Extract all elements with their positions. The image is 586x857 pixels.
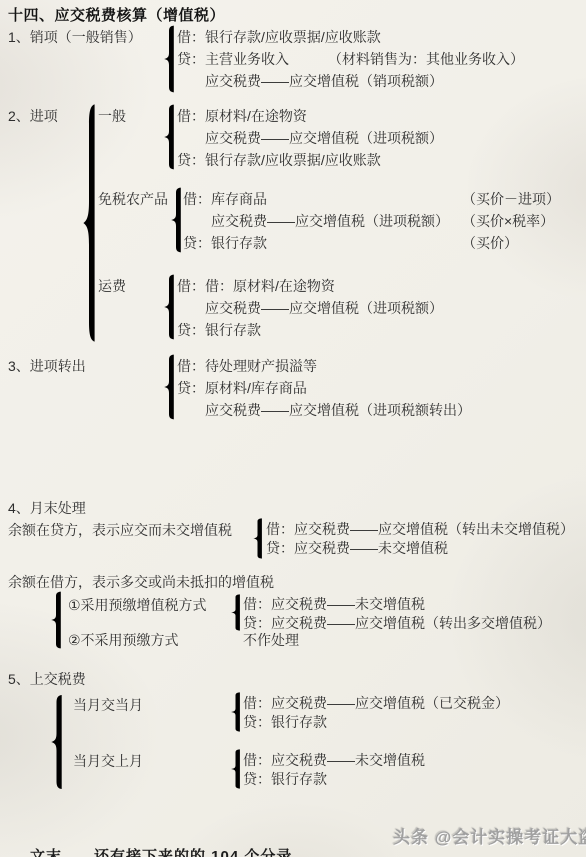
entry-annotation: （买价）: [462, 235, 518, 252]
credit-balance-text: 余额在贷方，表示应交而未交增值税: [8, 522, 232, 539]
sub-label-taxfree: 免税农产品: [98, 191, 168, 208]
sub-label-general: 一般: [98, 108, 126, 125]
entry-line: 借：应交税费——应交增值税（转出未交增值税）: [266, 521, 574, 538]
case1-label: 当月交当月: [73, 697, 143, 714]
entry-line: 借：借：原材料/在途物资: [177, 278, 335, 295]
entry-line: 借：原材料/在途物资: [177, 108, 307, 125]
section2-label: 2、进项: [8, 108, 58, 125]
brace: [230, 692, 241, 732]
section4-label: 4、月末处理: [8, 500, 86, 517]
watermark: 头条 @会计实操考证大盗: [393, 829, 586, 846]
entry-line: 贷：银行存款: [243, 771, 327, 788]
section1-label: 1、销项（一般销售）: [8, 29, 142, 46]
entry-line: 借：库存商品: [183, 191, 267, 208]
debit-balance-text: 余额在借方，表示多交或尚未抵扣的增值税: [8, 574, 274, 591]
brace: [230, 749, 241, 789]
brace: [50, 694, 63, 790]
brace: [252, 518, 263, 559]
entry-line: 贷：原材料/库存商品: [177, 380, 307, 397]
footer-cutoff-text: 文末 还有接下来的的 104 个分录: [30, 848, 292, 857]
entry-annotation: （买价－进项）: [462, 191, 560, 208]
brace: [82, 102, 96, 344]
brace: [163, 354, 175, 420]
brace: [163, 25, 175, 93]
entry-line: 贷：银行存款: [243, 714, 327, 731]
entry-note: （材料销售为：其他业务收入）: [328, 51, 524, 68]
case2-label: 当月交上月: [73, 753, 143, 770]
section5-label: 5、上交税费: [8, 671, 86, 688]
entry-line: 贷：银行存款/应收票据/应收账款: [177, 152, 381, 169]
entry-line: 借：银行存款/应收票据/应收账款: [177, 29, 381, 46]
document-page: 十四、应交税费核算（增值税） 1、销项（一般销售） 借：银行存款/应收票据/应收…: [0, 0, 586, 857]
entry-line: 应交税费——应交增值税（进项税额转出）: [205, 402, 471, 419]
entry-annotation: （买价×税率）: [462, 213, 554, 230]
brace: [163, 104, 175, 170]
entry-line: 应交税费——应交增值税（进项税额）: [205, 130, 443, 147]
brace: [230, 594, 241, 631]
sub-label-freight: 运费: [98, 278, 126, 295]
entry-line: 借：应交税费——未交增值税: [243, 752, 425, 769]
entry-line: 应交税费——应交增值税（进项税额）: [205, 300, 443, 317]
entry-line: 贷：银行存款: [183, 235, 267, 252]
section3-label: 3、进项转出: [8, 358, 86, 375]
option1-label: ①采用预缴增值税方式: [68, 597, 207, 614]
brace: [50, 591, 62, 649]
entry-line: 贷：主营业务收入: [177, 51, 289, 68]
entry-line: 贷：银行存款: [177, 322, 261, 339]
brace: [163, 274, 175, 340]
brace: [170, 187, 182, 253]
entry-line: 借：应交税费——应交增值税（已交税金）: [243, 695, 509, 712]
option2-result: 不作处理: [243, 632, 299, 649]
entry-line: 应交税费——应交增值税（销项税额）: [205, 73, 443, 90]
entry-line: 贷：应交税费——未交增值税: [266, 540, 448, 557]
page-title: 十四、应交税费核算（增值税）: [8, 7, 225, 24]
entry-line: 借：待处理财产损溢等: [177, 358, 317, 375]
entry-line: 借：应交税费——未交增值税: [243, 596, 425, 613]
entry-line: 应交税费——应交增值税（进项税额）: [211, 213, 449, 230]
entry-line: 贷：应交税费——应交增值税（转出多交增值税）: [243, 615, 551, 632]
option2-label: ②不采用预缴方式: [68, 632, 179, 649]
